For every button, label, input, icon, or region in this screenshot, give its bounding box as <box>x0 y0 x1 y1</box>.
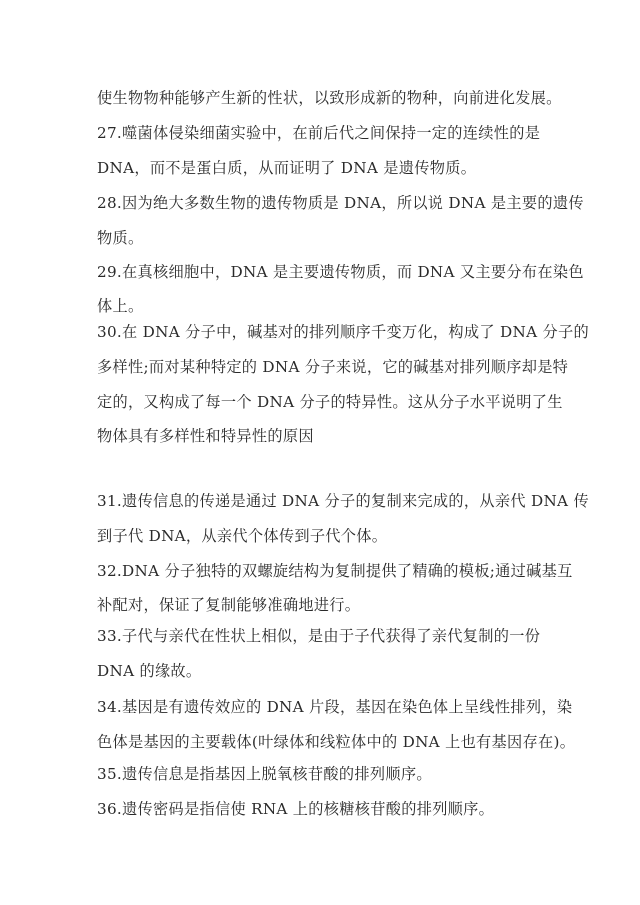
text-line: 32.DNA 分子独特的双螺旋结构为复制提供了精确的模板;通过碱基互 <box>97 561 573 581</box>
text-line: 35.遗传信息是指基因上脱氧核苷酸的排列顺序。 <box>97 764 432 784</box>
text-line: 定的，又构成了每一个 DNA 分子的特异性。这从分子水平说明了生 <box>97 392 563 412</box>
text-line: 到子代 DNA，从亲代个体传到子代个体。 <box>97 526 387 546</box>
text-line: 物质。 <box>97 228 143 248</box>
text-line: 36.遗传密码是指信使 RNA 上的核糖核苷酸的排列顺序。 <box>97 799 494 819</box>
text-line: 29.在真核细胞中，DNA 是主要遗传物质，而 DNA 又主要分布在染色 <box>97 262 584 282</box>
text-line: DNA，而不是蛋白质，从而证明了 DNA 是遗传物质。 <box>97 158 476 178</box>
text-line: 31.遗传信息的传递是通过 DNA 分子的复制来完成的，从亲代 DNA 传 <box>97 491 589 511</box>
text-line: 使生物物种能够产生新的性状，以致形成新的物种，向前进化发展。 <box>97 88 562 108</box>
text-line: 27.噬菌体侵染细菌实验中，在前后代之间保持一定的连续性的是 <box>97 123 540 143</box>
text-line: 33.子代与亲代在性状上相似，是由于子代获得了亲代复制的一份 <box>97 626 540 646</box>
text-line: 体上。 <box>97 296 143 316</box>
document-page: 使生物物种能够产生新的性状，以致形成新的物种，向前进化发展。 27.噬菌体侵染细… <box>0 0 640 905</box>
text-line: 色体是基因的主要载体(叶绿体和线粒体中的 DNA 上也有基因存在)。 <box>97 732 575 752</box>
text-line: 30.在 DNA 分子中，碱基对的排列顺序千变万化，构成了 DNA 分子的 <box>97 322 589 342</box>
text-line: 多样性;而对某种特定的 DNA 分子来说，它的碱基对排列顺序却是特 <box>97 357 568 377</box>
text-line: 34.基因是有遗传效应的 DNA 片段，基因在染色体上呈线性排列，染 <box>97 697 572 717</box>
text-line: 补配对，保证了复制能够准确地进行。 <box>97 595 360 615</box>
text-line: 28.因为绝大多数生物的遗传物质是 DNA，所以说 DNA 是主要的遗传 <box>97 193 584 213</box>
text-line: DNA 的缘故。 <box>97 661 201 681</box>
text-line: 物体具有多样性和特异性的原因 <box>97 426 314 446</box>
